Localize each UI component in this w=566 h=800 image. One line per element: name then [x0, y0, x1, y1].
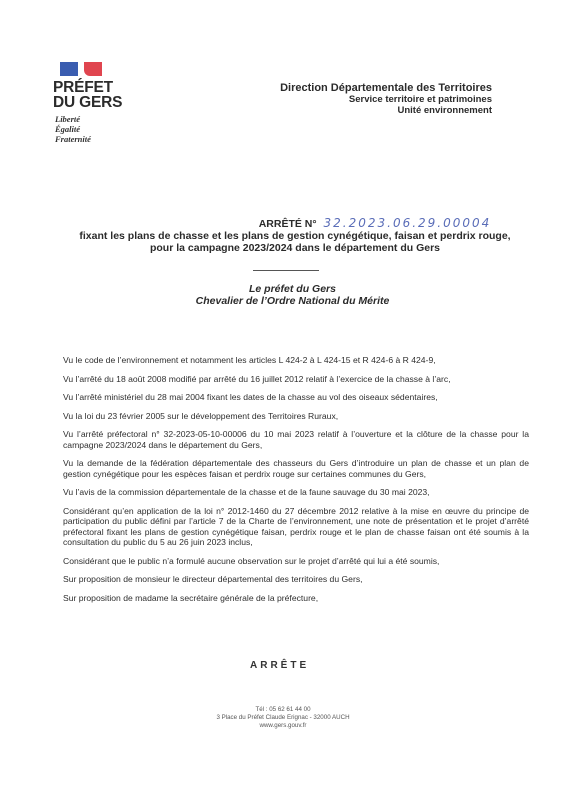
consideration-item: Sur proposition de madame la secrétaire …	[63, 593, 529, 603]
republic-motto: Liberté Égalité Fraternité	[55, 114, 156, 144]
consideration-item: Vu le code de l’environnement et notamme…	[63, 355, 529, 365]
consideration-item: Vu l’arrêté du 18 août 2008 modifié par …	[63, 374, 529, 384]
consideration-item: Considérant que le public n’a formulé au…	[63, 556, 529, 566]
unit-name: Unité environnement	[280, 105, 492, 116]
marianne-flag-icon	[60, 62, 102, 76]
authority-honor: Chevalier de l’Ordre National du Mérite	[150, 295, 435, 307]
issuing-service: Direction Départementale des Territoires…	[280, 82, 492, 116]
footer-website-link[interactable]: www.gers.gouv.fr	[150, 722, 416, 730]
decree-subject-line1: fixant les plans de chasse et les plans …	[60, 230, 530, 242]
footer-phone: Tél : 05 62 61 44 00	[150, 706, 416, 714]
consideration-item: Vu l’avis de la commission départemental…	[63, 487, 529, 497]
consideration-item: Vu l’arrêté préfectoral n° 32-2023-05-10…	[63, 429, 529, 450]
authority-title: Le préfet du Gers	[150, 283, 435, 295]
motto-fraternite: Fraternité	[55, 134, 156, 144]
considerations-list: Vu le code de l’environnement et notamme…	[63, 355, 529, 612]
service-name: Service territoire et patrimoines	[280, 94, 492, 105]
consideration-item: Vu l’arrêté ministériel du 28 mai 2004 f…	[63, 392, 529, 402]
prefecture-logo: PRÉFET DU GERS Liberté Égalité Fraternit…	[46, 62, 156, 144]
heading-divider	[253, 270, 319, 271]
footer-address: 3 Place du Préfet Claude Erignac - 32000…	[150, 714, 416, 722]
logo-title-line1: PRÉFET	[53, 80, 156, 95]
flag-blue-stripe	[60, 62, 78, 76]
consideration-item: Sur proposition de monsieur le directeur…	[63, 574, 529, 584]
page-footer: Tél : 05 62 61 44 00 3 Place du Préfet C…	[150, 706, 416, 730]
decision-heading: ARRÊTE	[250, 660, 309, 671]
decree-label: ARRÊTÉ N°	[259, 218, 317, 230]
decree-heading: ARRÊTÉ N° 32.2023.06.29.00004 fixant les…	[60, 217, 530, 254]
decree-subject-line2: pour la campagne 2023/2024 dans le dépar…	[60, 242, 530, 254]
direction-name: Direction Départementale des Territoires	[280, 82, 492, 94]
logo-title: PRÉFET DU GERS	[53, 80, 156, 110]
decree-number-handwritten: 32.2023.06.29.00004	[324, 216, 492, 230]
motto-egalite: Égalité	[55, 124, 156, 134]
flag-red-stripe	[84, 62, 102, 76]
decree-number-line: ARRÊTÉ N° 32.2023.06.29.00004	[60, 217, 530, 230]
consideration-item: Vu la demande de la fédération départeme…	[63, 458, 529, 479]
consideration-item: Vu la loi du 23 février 2005 sur le déve…	[63, 411, 529, 421]
logo-title-line2: DU GERS	[53, 95, 156, 110]
motto-liberte: Liberté	[55, 114, 156, 124]
consideration-item: Considérant qu’en application de la loi …	[63, 506, 529, 548]
issuing-authority: Le préfet du Gers Chevalier de l’Ordre N…	[150, 283, 435, 307]
